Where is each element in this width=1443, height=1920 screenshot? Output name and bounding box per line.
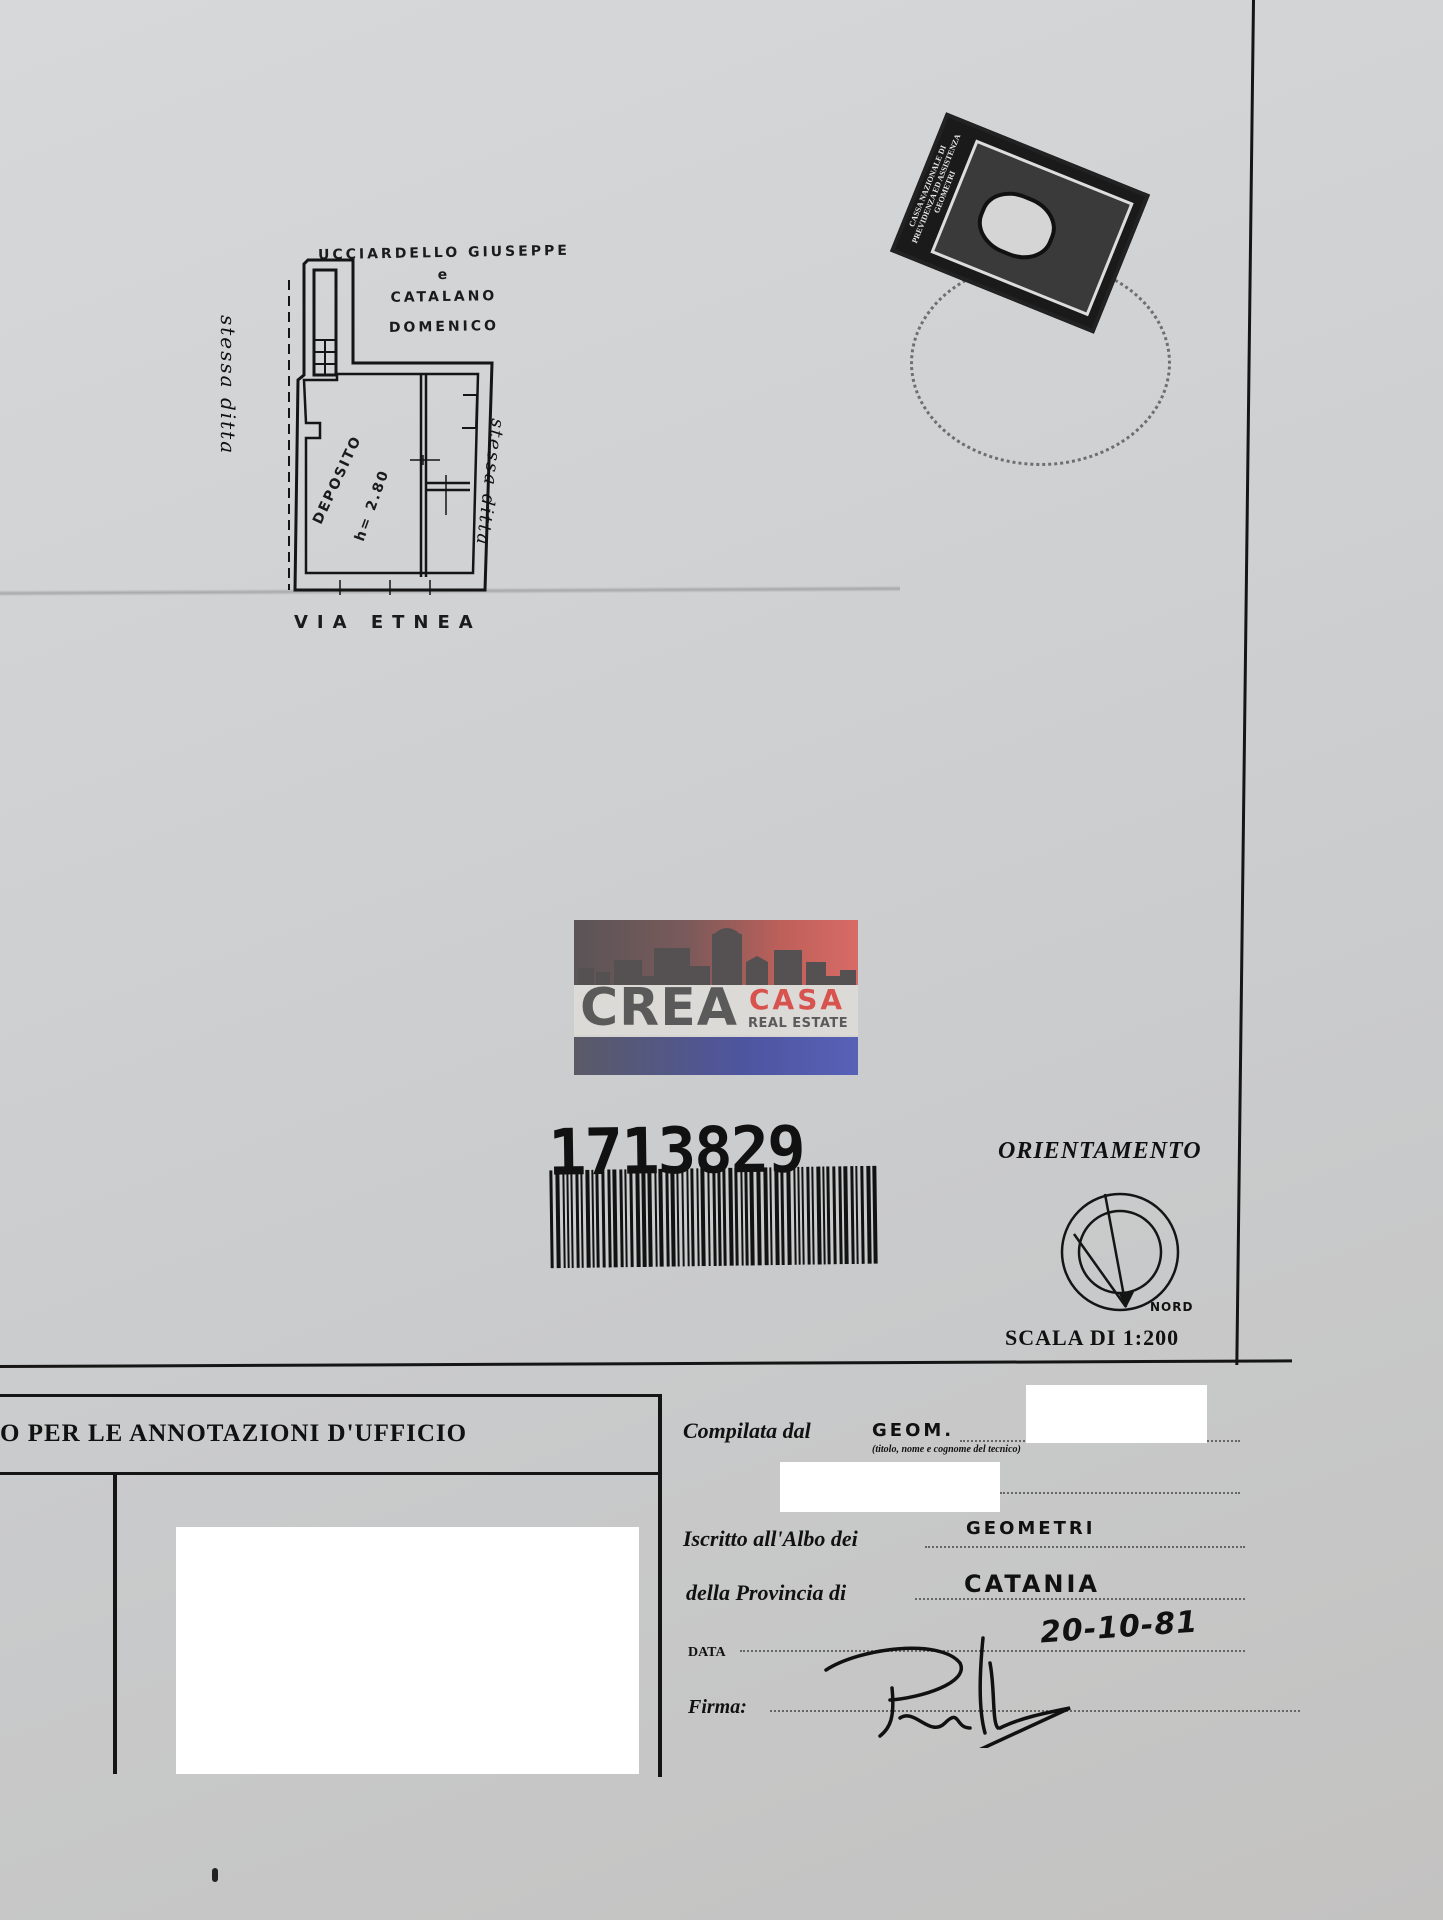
city-skyline-icon [574,920,858,985]
frame-border-bottom [0,1359,1292,1368]
owner-line-3: CATALANO [318,280,570,314]
province-label: della Provincia di [686,1580,846,1606]
owner-names: UCCIARDELLO GIUSEPPE e CATALANO DOMENICO [318,238,570,342]
logo-bottom-band [574,1037,858,1075]
signature-label: Firma: [688,1696,747,1719]
barcode-icon [547,1166,880,1269]
owner-line-1: UCCIARDELLO GIUSEPPE [318,236,570,270]
register-label: Iscritto all'Albo dei [683,1526,858,1552]
compiled-by-hint: (titolo, nome e cognome del tecnico) [872,1444,1021,1455]
redacted-office-notes [176,1527,639,1774]
register-dots [925,1546,1245,1548]
compass-icon [1058,1190,1182,1314]
register-value: GEOMETRI [966,1518,1095,1539]
province-value: CATANIA [964,1570,1100,1598]
office-notes-separator [0,1472,658,1475]
orientation-title: ORIENTAMENTO [998,1138,1202,1165]
date-label: DATA [688,1645,726,1661]
street-label: VIA ETNEA [294,612,482,633]
logo-text-casa: CASA [749,983,845,1016]
detail-dots [1000,1492,1240,1494]
province-dots [915,1598,1245,1600]
compiled-by-value: GEOM. [872,1420,954,1441]
redacted-technician-detail [780,1462,1000,1512]
signature-scribble [820,1628,1090,1748]
office-notes-title: O PER LE ANNOTAZIONI D'UFFICIO [0,1420,467,1448]
ink-speck [212,1868,218,1882]
office-notes-column-divider [113,1474,117,1774]
watermark-logo: CREA CASA REAL ESTATE [574,920,858,1075]
redacted-technician-name [1026,1385,1207,1443]
logo-tagline: REAL ESTATE [748,1016,848,1031]
owner-line-4: DOMENICO [318,310,570,344]
frame-border-right [1235,0,1255,1365]
scale-label: SCALA DI 1:200 [1005,1325,1179,1351]
compiled-by-label: Compilata dal [683,1418,811,1444]
north-label: NORD [1150,1300,1193,1314]
portrait-icon [969,182,1065,270]
left-neighbor-label: stessa ditta [216,315,240,455]
logo-text-crea: CREA [580,978,738,1038]
